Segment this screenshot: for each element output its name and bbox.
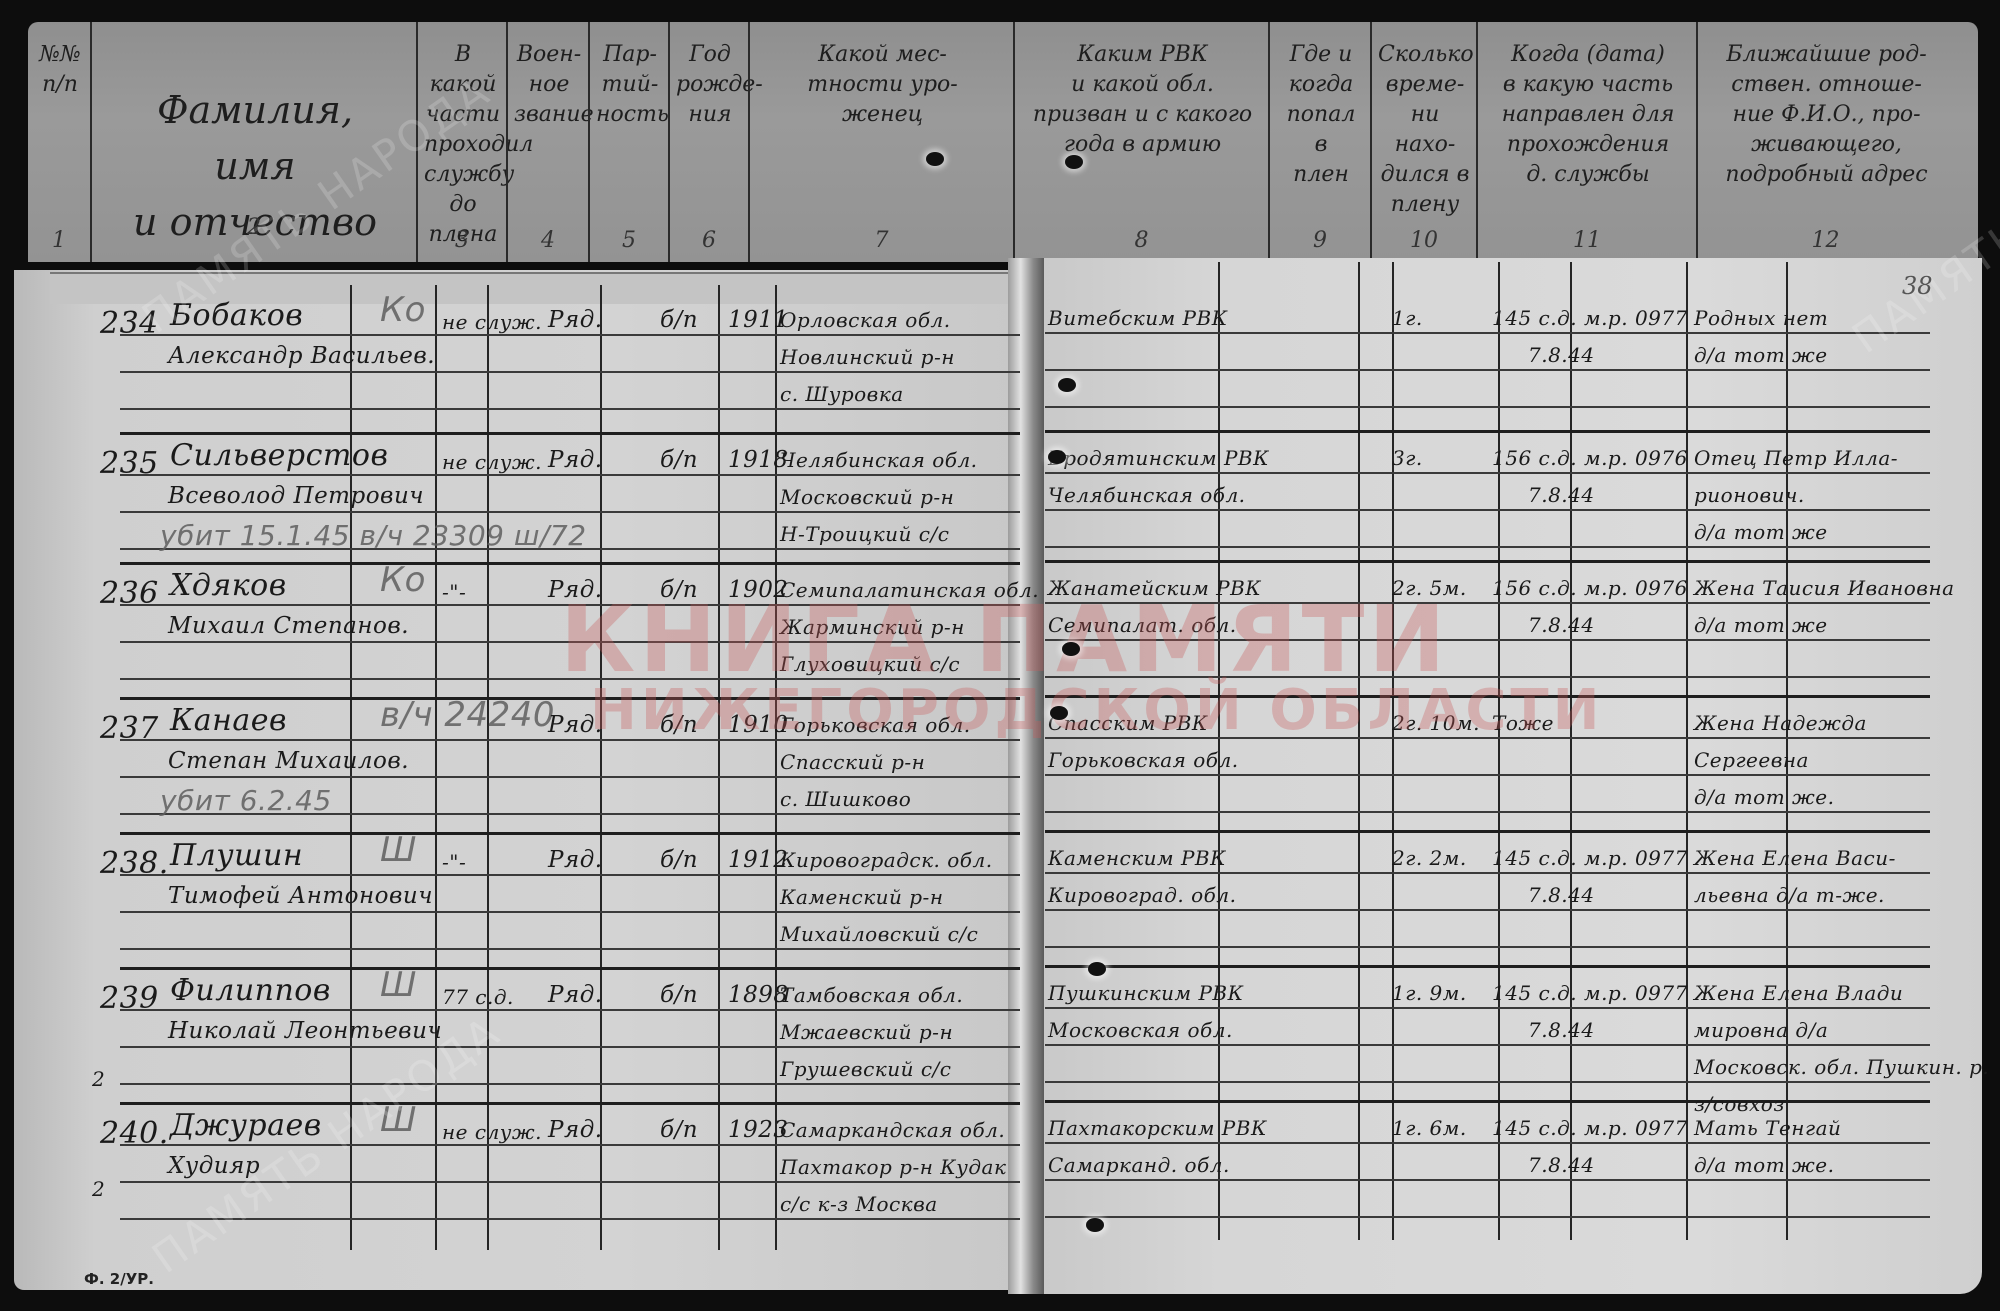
binding-gutter [1008, 258, 1044, 1294]
punch-hole [1058, 378, 1076, 392]
header-label: №№ п/п [39, 42, 81, 97]
page-number: 38 [1902, 272, 1933, 300]
header-column-number: 8 [1015, 226, 1268, 256]
punch-hole [1048, 450, 1066, 464]
header-label: Воен- ное звание [514, 42, 594, 127]
header-column-11: Когда (дата) в какую часть направлен для… [1476, 22, 1696, 262]
header-column-6: Год рожде- ния6 [668, 22, 748, 262]
punch-hole [1065, 155, 1083, 169]
header-label: Пар- тий- ность [596, 42, 669, 127]
header-column-number: 5 [590, 226, 668, 256]
punch-hole [1088, 962, 1106, 976]
punch-hole [1062, 642, 1080, 656]
punch-hole [1086, 1218, 1104, 1232]
header-column-5: Пар- тий- ность5 [588, 22, 668, 262]
watermark-subtitle: НИЖЕГОРОДСКОЙ ОБЛАСТИ [590, 678, 1430, 743]
header-column-number: 9 [1270, 226, 1370, 256]
header-column-10: Сколько време- ни нахо- дился в плену10 [1370, 22, 1476, 262]
header-column-9: Где и когда попал в плен9 [1268, 22, 1370, 262]
scanned-register-page: №№ п/п1Фамилия, имя и отчество2В какой ч… [0, 0, 2000, 1311]
header-column-number: 6 [670, 226, 748, 256]
header-label: Сколько време- ни нахо- дился в плену [1378, 42, 1474, 217]
right-page [1030, 258, 1982, 1294]
header-column-1: №№ п/п1 [28, 22, 90, 262]
header-column-12: Ближайшие род- ствен. отноше- ние Ф.И.О.… [1696, 22, 1953, 262]
header-column-number: 4 [508, 226, 588, 256]
header-column-number: 3 [418, 226, 506, 256]
form-code: Ф. 2/УР. [84, 1270, 154, 1288]
punch-hole [1050, 706, 1068, 720]
header-column-number: 10 [1372, 226, 1476, 256]
header-label: Какой мес- тности уро- женец [807, 42, 957, 127]
header-label: Где и когда попал в плен [1287, 42, 1356, 187]
header-column-7: Какой мес- тности уро- женец7 [748, 22, 1013, 262]
header-label: Когда (дата) в какую часть направлен для… [1502, 42, 1675, 187]
watermark-title: КНИГА ПАМЯТИ [560, 586, 1420, 693]
left-page [14, 270, 1024, 1290]
punch-hole [926, 152, 944, 166]
header-label: Ближайшие род- ствен. отноше- ние Ф.И.О.… [1725, 42, 1927, 187]
header-label: Каким РВК и какой обл. призван и с каког… [1033, 42, 1252, 157]
header-column-number: 1 [28, 226, 90, 256]
header-column-4: Воен- ное звание4 [506, 22, 588, 262]
header-column-number: 7 [750, 226, 1013, 256]
header-column-number: 11 [1478, 226, 1696, 256]
header-column-number: 12 [1698, 226, 1953, 256]
header-column-8: Каким РВК и какой обл. призван и с каког… [1013, 22, 1268, 262]
